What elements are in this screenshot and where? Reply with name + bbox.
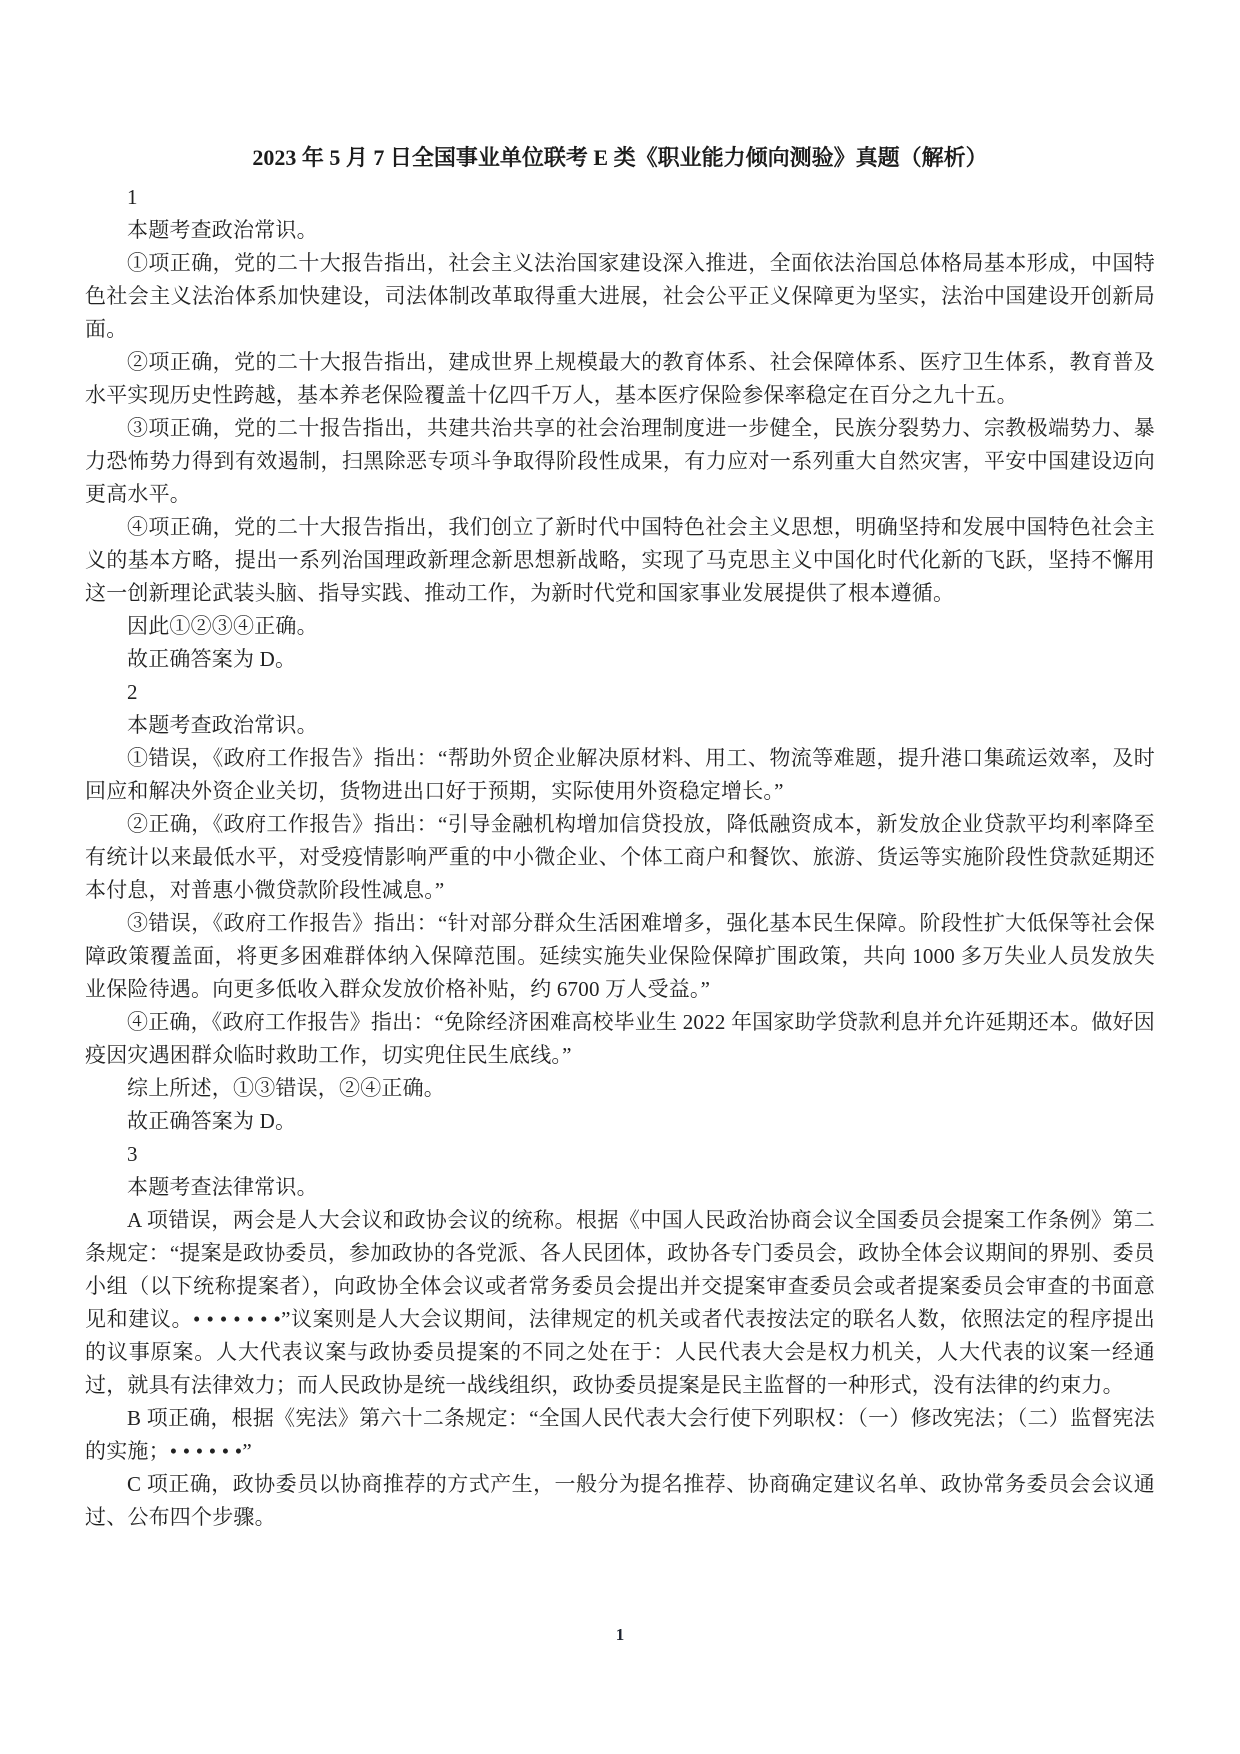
paragraph: 3	[85, 1138, 1155, 1171]
paragraph: B 项正确，根据《宪法》第六十二条规定：“全国人民代表大会行使下列职权：（一）修…	[85, 1402, 1155, 1468]
document-page: 2023 年 5 月 7 日全国事业单位联考 E 类《职业能力倾向测验》真题（解…	[0, 0, 1240, 1754]
paragraph: 2	[85, 676, 1155, 709]
paragraph: 本题考查法律常识。	[85, 1171, 1155, 1204]
paragraph: A 项错误，两会是人大会议和政协会议的统称。根据《中国人民政治协商会议全国委员会…	[85, 1204, 1155, 1402]
document-title: 2023 年 5 月 7 日全国事业单位联考 E 类《职业能力倾向测验》真题（解…	[85, 141, 1155, 174]
paragraph: 故正确答案为 D。	[85, 1105, 1155, 1138]
paragraph: ①项正确，党的二十大报告指出，社会主义法治国家建设深入推进，全面依法治国总体格局…	[85, 247, 1155, 346]
paragraph: C 项正确，政协委员以协商推荐的方式产生，一般分为提名推荐、协商确定建议名单、政…	[85, 1468, 1155, 1534]
paragraph: 因此①②③④正确。	[85, 610, 1155, 643]
paragraph: ①错误，《政府工作报告》指出：“帮助外贸企业解决原材料、用工、物流等难题，提升港…	[85, 742, 1155, 808]
paragraph: 本题考查政治常识。	[85, 214, 1155, 247]
paragraph: 故正确答案为 D。	[85, 643, 1155, 676]
paragraph: 本题考查政治常识。	[85, 709, 1155, 742]
paragraph: ②项正确，党的二十大报告指出，建成世界上规模最大的教育体系、社会保障体系、医疗卫…	[85, 346, 1155, 412]
paragraph: ③项正确，党的二十报告指出，共建共治共享的社会治理制度进一步健全，民族分裂势力、…	[85, 412, 1155, 511]
paragraph: ④正确，《政府工作报告》指出：“免除经济困难高校毕业生 2022 年国家助学贷款…	[85, 1006, 1155, 1072]
paragraph: ②正确，《政府工作报告》指出：“引导金融机构增加信贷投放，降低融资成本，新发放企…	[85, 808, 1155, 907]
paragraph: 1	[85, 181, 1155, 214]
paragraph: 综上所述，①③错误，②④正确。	[85, 1072, 1155, 1105]
page-number: 1	[0, 1622, 1240, 1648]
paragraph: ③错误，《政府工作报告》指出：“针对部分群众生活困难增多，强化基本民生保障。阶段…	[85, 907, 1155, 1006]
paragraph: ④项正确，党的二十大报告指出，我们创立了新时代中国特色社会主义思想，明确坚持和发…	[85, 511, 1155, 610]
document-content: 2023 年 5 月 7 日全国事业单位联考 E 类《职业能力倾向测验》真题（解…	[85, 141, 1155, 1534]
